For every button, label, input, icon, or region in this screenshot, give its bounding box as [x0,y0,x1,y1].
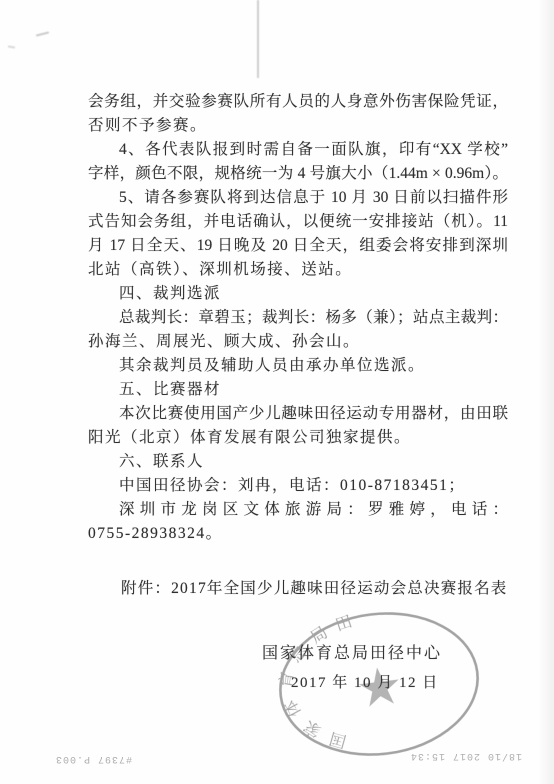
scanned-document-page: 会务组，并交验参赛队所有人员的人身意外伤害保险凭证， 否则不予参赛。 4、各代表… [0,0,554,784]
body-line: 5、请各参赛队将到达信息于 10 月 30 日前以扫描件形 [88,186,508,210]
fax-timestamp: 18/10 2017 15:34 [410,750,522,761]
body-line: 否则不予参赛。 [88,114,508,138]
body-line: 字样，颜色不限，规格统一为 4 号旗大小（1.44m × 0.96m）。 [88,162,508,186]
section-heading: 六、联系人 [88,450,508,474]
body-line: 月 17 日全天、19 日晚及 20 日全天，组委会将安排到深圳 [88,234,508,258]
document-body: 会务组，并交验参赛队所有人员的人身意外伤害保险凭证， 否则不予参赛。 4、各代表… [88,90,508,601]
body-line: 北站（高铁）、深圳机场接、送站。 [88,258,508,282]
body-line: 0755-28938324。 [88,522,508,546]
body-line: 其余裁判员及辅助人员由承办单位选派。 [88,354,508,378]
body-line: 深圳市龙岗区文体旅游局：罗雅婷，电话： [88,498,508,522]
body-line: 孙海兰、周展光、顾大成、孙会山。 [88,330,508,354]
scan-speck [8,45,15,48]
body-line: 会务组，并交验参赛队所有人员的人身意外伤害保险凭证， [88,90,508,114]
body-line: 4、各代表队报到时需自备一面队旗，印有“XX 学校” [88,138,508,162]
body-line: 总裁判长：章碧玉；裁判长：杨多（兼）；站点主裁判： [88,306,508,330]
scan-crease-line [257,0,259,78]
signature-date: 2017 年 10 月 12 日 [291,671,461,692]
body-line: 阳光（北京）体育发展有限公司独家提供。 [88,426,508,450]
attachment-line: 附件：2017年全国少儿趣味田径运动会总决赛报名表 [88,577,508,601]
section-heading: 四、裁判选派 [88,282,508,306]
signature-organization: 国家体育总局田径中心 [262,640,462,663]
scan-speck [36,31,49,36]
body-line: 式告知会务组，并电话确认，以便统一安排接站（机）。11 [88,210,508,234]
body-line: 中国田径协会：刘冉，电话：010-87183451； [88,474,508,498]
fax-page-number: #7397 P.003 [55,753,132,764]
section-heading: 五、比赛器材 [88,378,508,402]
body-line: 本次比赛使用国产少儿趣味田径运动专用器材，由田联 [88,402,508,426]
